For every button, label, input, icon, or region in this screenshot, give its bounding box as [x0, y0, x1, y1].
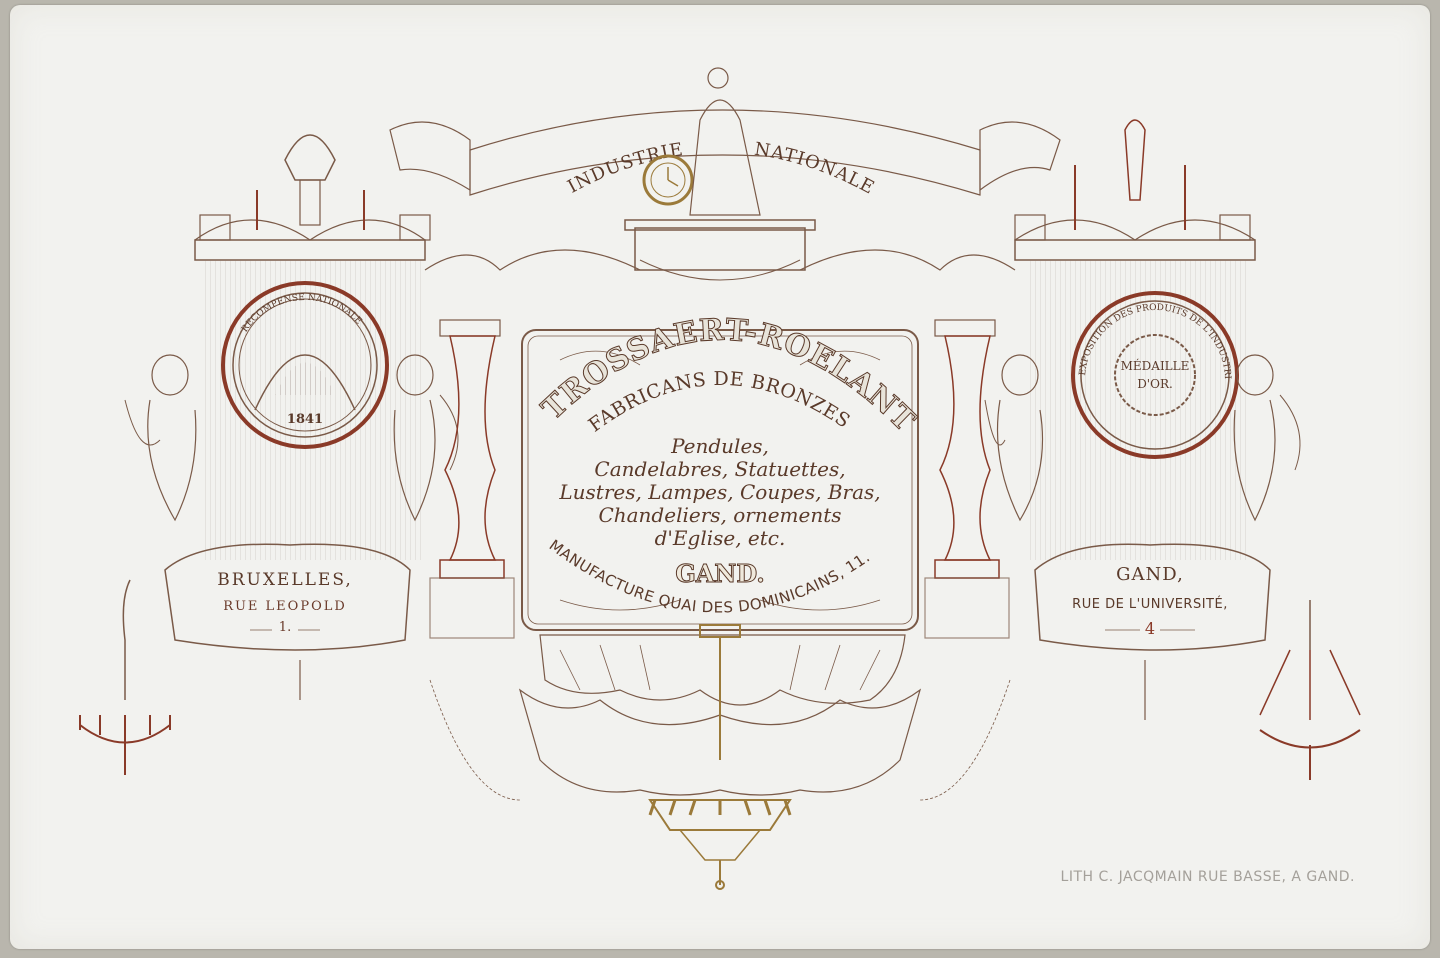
right-address-street: RUE DE L'UNIVERSITÉ,: [1072, 596, 1228, 612]
left-medal-year: 1841: [287, 412, 323, 427]
candelabra-column-right: [925, 320, 1009, 638]
ribbon-left-text: INDUSTRIE: [564, 139, 685, 198]
ribbon-banner: INDUSTRIE NATIONALE: [390, 110, 1060, 199]
right-address-city: GAND,: [1116, 564, 1184, 585]
central-panel: TROSSAERT-ROELANTS & Cᵉ FABRICANS DE BRO…: [0, 0, 922, 630]
right-address-cartouche: GAND, RUE DE L'UNIVERSITÉ, 4: [1035, 544, 1270, 650]
left-address-number: 1.: [279, 620, 291, 635]
trade-line: FABRICANS DE BRONZES: [585, 368, 855, 437]
city-line: GAND.: [675, 559, 764, 588]
candelabra-column-left: [430, 320, 514, 638]
product-line-1: Pendules,: [670, 434, 769, 458]
left-address-cartouche: BRUXELLES, RUE LEOPOLD 1.: [165, 544, 410, 650]
left-address-street: RUE LEOPOLD: [223, 599, 347, 614]
right-medal-line1: MÉDAILLE: [1121, 358, 1190, 373]
right-medal-line2: D'OR.: [1137, 377, 1173, 391]
engraving: INDUSTRIE NATIONALE: [0, 0, 1440, 958]
chandelier-right-icon: [1260, 600, 1360, 780]
left-tower: [195, 135, 430, 560]
left-address-city: BRUXELLES,: [217, 570, 353, 590]
svg-text:FABRICANS DE BRONZES: FABRICANS DE BRONZES: [585, 368, 855, 437]
right-address-number: 4: [1145, 619, 1155, 638]
ribbon-right-text: NATIONALE: [753, 139, 878, 199]
lithographer-imprint: LITH C. JACQMAIN RUE BASSE, A GAND.: [1061, 869, 1355, 885]
chandelier-center-icon: [650, 625, 790, 889]
svg-text:NATIONALE: NATIONALE: [753, 139, 878, 199]
product-line-3: Lustres, Lampes, Coupes, Bras,: [558, 480, 880, 504]
product-line-5: d'Eglise, etc.: [655, 526, 786, 550]
product-line-2: Candelabres, Statuettes,: [594, 457, 845, 481]
clock-statue-icon: [625, 68, 815, 280]
product-line-4: Chandeliers, ornements: [598, 503, 841, 527]
chandelier-left-icon: [80, 580, 170, 775]
svg-text:INDUSTRIE: INDUSTRIE: [564, 139, 685, 198]
